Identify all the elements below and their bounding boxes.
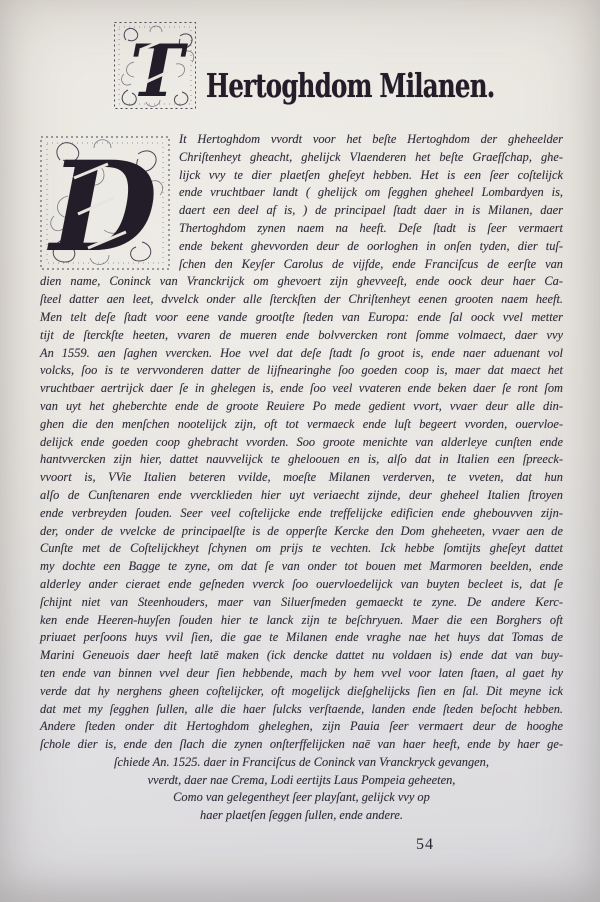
text-line: ken ende Heeren-huyſen ſouden hier te la… xyxy=(40,612,563,630)
drop-cap-d-icon: D xyxy=(38,134,173,273)
paragraph-indented: It Hertoghdom vvordt voor het beſte Hert… xyxy=(179,131,563,273)
woodcut-initial-t-icon: T xyxy=(112,20,198,112)
text-line: Marini Geneuois daer heeft latē maken (i… xyxy=(40,647,563,665)
text-line: ende bekent ghevvorden deur de oorloghen… xyxy=(179,238,563,256)
text-line: alſo de Cunſtenaren ende vvercklieden hi… xyxy=(40,487,563,505)
text-line: ſteel datter aen leet, dvvelck onder all… xyxy=(40,291,563,309)
woodcut-letter: T xyxy=(130,28,188,112)
text-line: der, onder de vvelcke de principaelſte i… xyxy=(40,523,563,541)
text-line: vvoort is, VVie Italien beteren vvilde, … xyxy=(40,469,563,487)
text-line: ende vruchtbaer landt ( ghelijck om ſegg… xyxy=(179,184,563,202)
text-line: alderley ander cieraet ende geſneden vve… xyxy=(40,576,563,594)
text-line: vverdt, daer nae Crema, Lodi eertijts La… xyxy=(40,772,563,790)
text-line: ſchen den Keyſer Carolus de vijfde, ende… xyxy=(179,256,563,274)
text-line: dat met my ſegghen ſullen, alle die haer… xyxy=(40,701,563,719)
text-line: Cunſte met de Coſtelijckheyt ſchynen om … xyxy=(40,540,563,558)
book-page: T Hertoghdom Milanen. D It Her xyxy=(0,0,600,902)
chapter-title: Hertoghdom Milanen. xyxy=(206,66,494,105)
text-line: ſchijnt niet van Steenhouders, maer van … xyxy=(40,594,563,612)
text-line: ten ende van binnen vvel deur ſien hebbe… xyxy=(40,665,563,683)
text-line: ende verbreyden ſouden. Seer veel coſtel… xyxy=(40,505,563,523)
text-line: lijck vvy te dier plaetſen gheſeyt hebbe… xyxy=(179,167,563,185)
text-line: my dochte een Bagge te zyne, om dat ſe v… xyxy=(40,558,563,576)
text-line: tijt de ſterckſte heeten, vvaren de muer… xyxy=(40,327,563,345)
text-line: priuaet perſoons huys vvil ſien, die gae… xyxy=(40,629,563,647)
body-text: D It Hertoghdom vvordt voor het beſte He… xyxy=(40,131,563,825)
paragraph-full: dien name, Coninck van Vranckrijck om gh… xyxy=(40,273,563,754)
text-line: ſchiede An. 1525. daer in Franciſcus de … xyxy=(40,754,563,772)
text-line: vruchtbaer aertrijck daer ſe in ghelegen… xyxy=(40,380,563,398)
page-number: 54 xyxy=(390,836,460,854)
text-line: volcks, ſoo is te vervvonderen datter de… xyxy=(40,362,563,380)
text-line: Chriſtenheyt gheacht, ghelijck Vlaendere… xyxy=(179,149,563,167)
text-line: hantvvercken zijn hier, dattet nauvvelij… xyxy=(40,451,563,469)
text-line: verde dat hy nerghens gheen coſtelijcker… xyxy=(40,683,563,701)
text-line: ſchole dier is, ende den ſlach die zynen… xyxy=(40,736,563,754)
text-line: Como van gelegentheyt ſeer playſant, gel… xyxy=(40,789,563,807)
text-line: daert een deel af is, ) de principael ſt… xyxy=(179,202,563,220)
text-line: It Hertoghdom vvordt voor het beſte Hert… xyxy=(179,131,563,149)
text-line: Thertoghdom zynen naem na heeft. Deſe ſt… xyxy=(179,220,563,238)
text-line: An 1559. aen ſaghen vvercken. Hoe vvel d… xyxy=(40,345,563,363)
paragraph-taper: ſchiede An. 1525. daer in Franciſcus de … xyxy=(40,754,563,825)
text-line: haer plaetſen ſeggen ſullen, ende andere… xyxy=(40,807,563,825)
text-line: Andere ſteden onder dit Hertoghdom ghele… xyxy=(40,718,563,736)
text-line: delijck ende goeden coop ghebracht vvord… xyxy=(40,434,563,452)
text-line: van uyt het gheberchte ende de groote Re… xyxy=(40,398,563,416)
text-line: dien name, Coninck van Vranckrijck om gh… xyxy=(40,273,563,291)
text-line: Men telt deſe ſtadt voor eene vande groo… xyxy=(40,309,563,327)
text-line: ghen die den menſchen nootelijck zijn, o… xyxy=(40,416,563,434)
